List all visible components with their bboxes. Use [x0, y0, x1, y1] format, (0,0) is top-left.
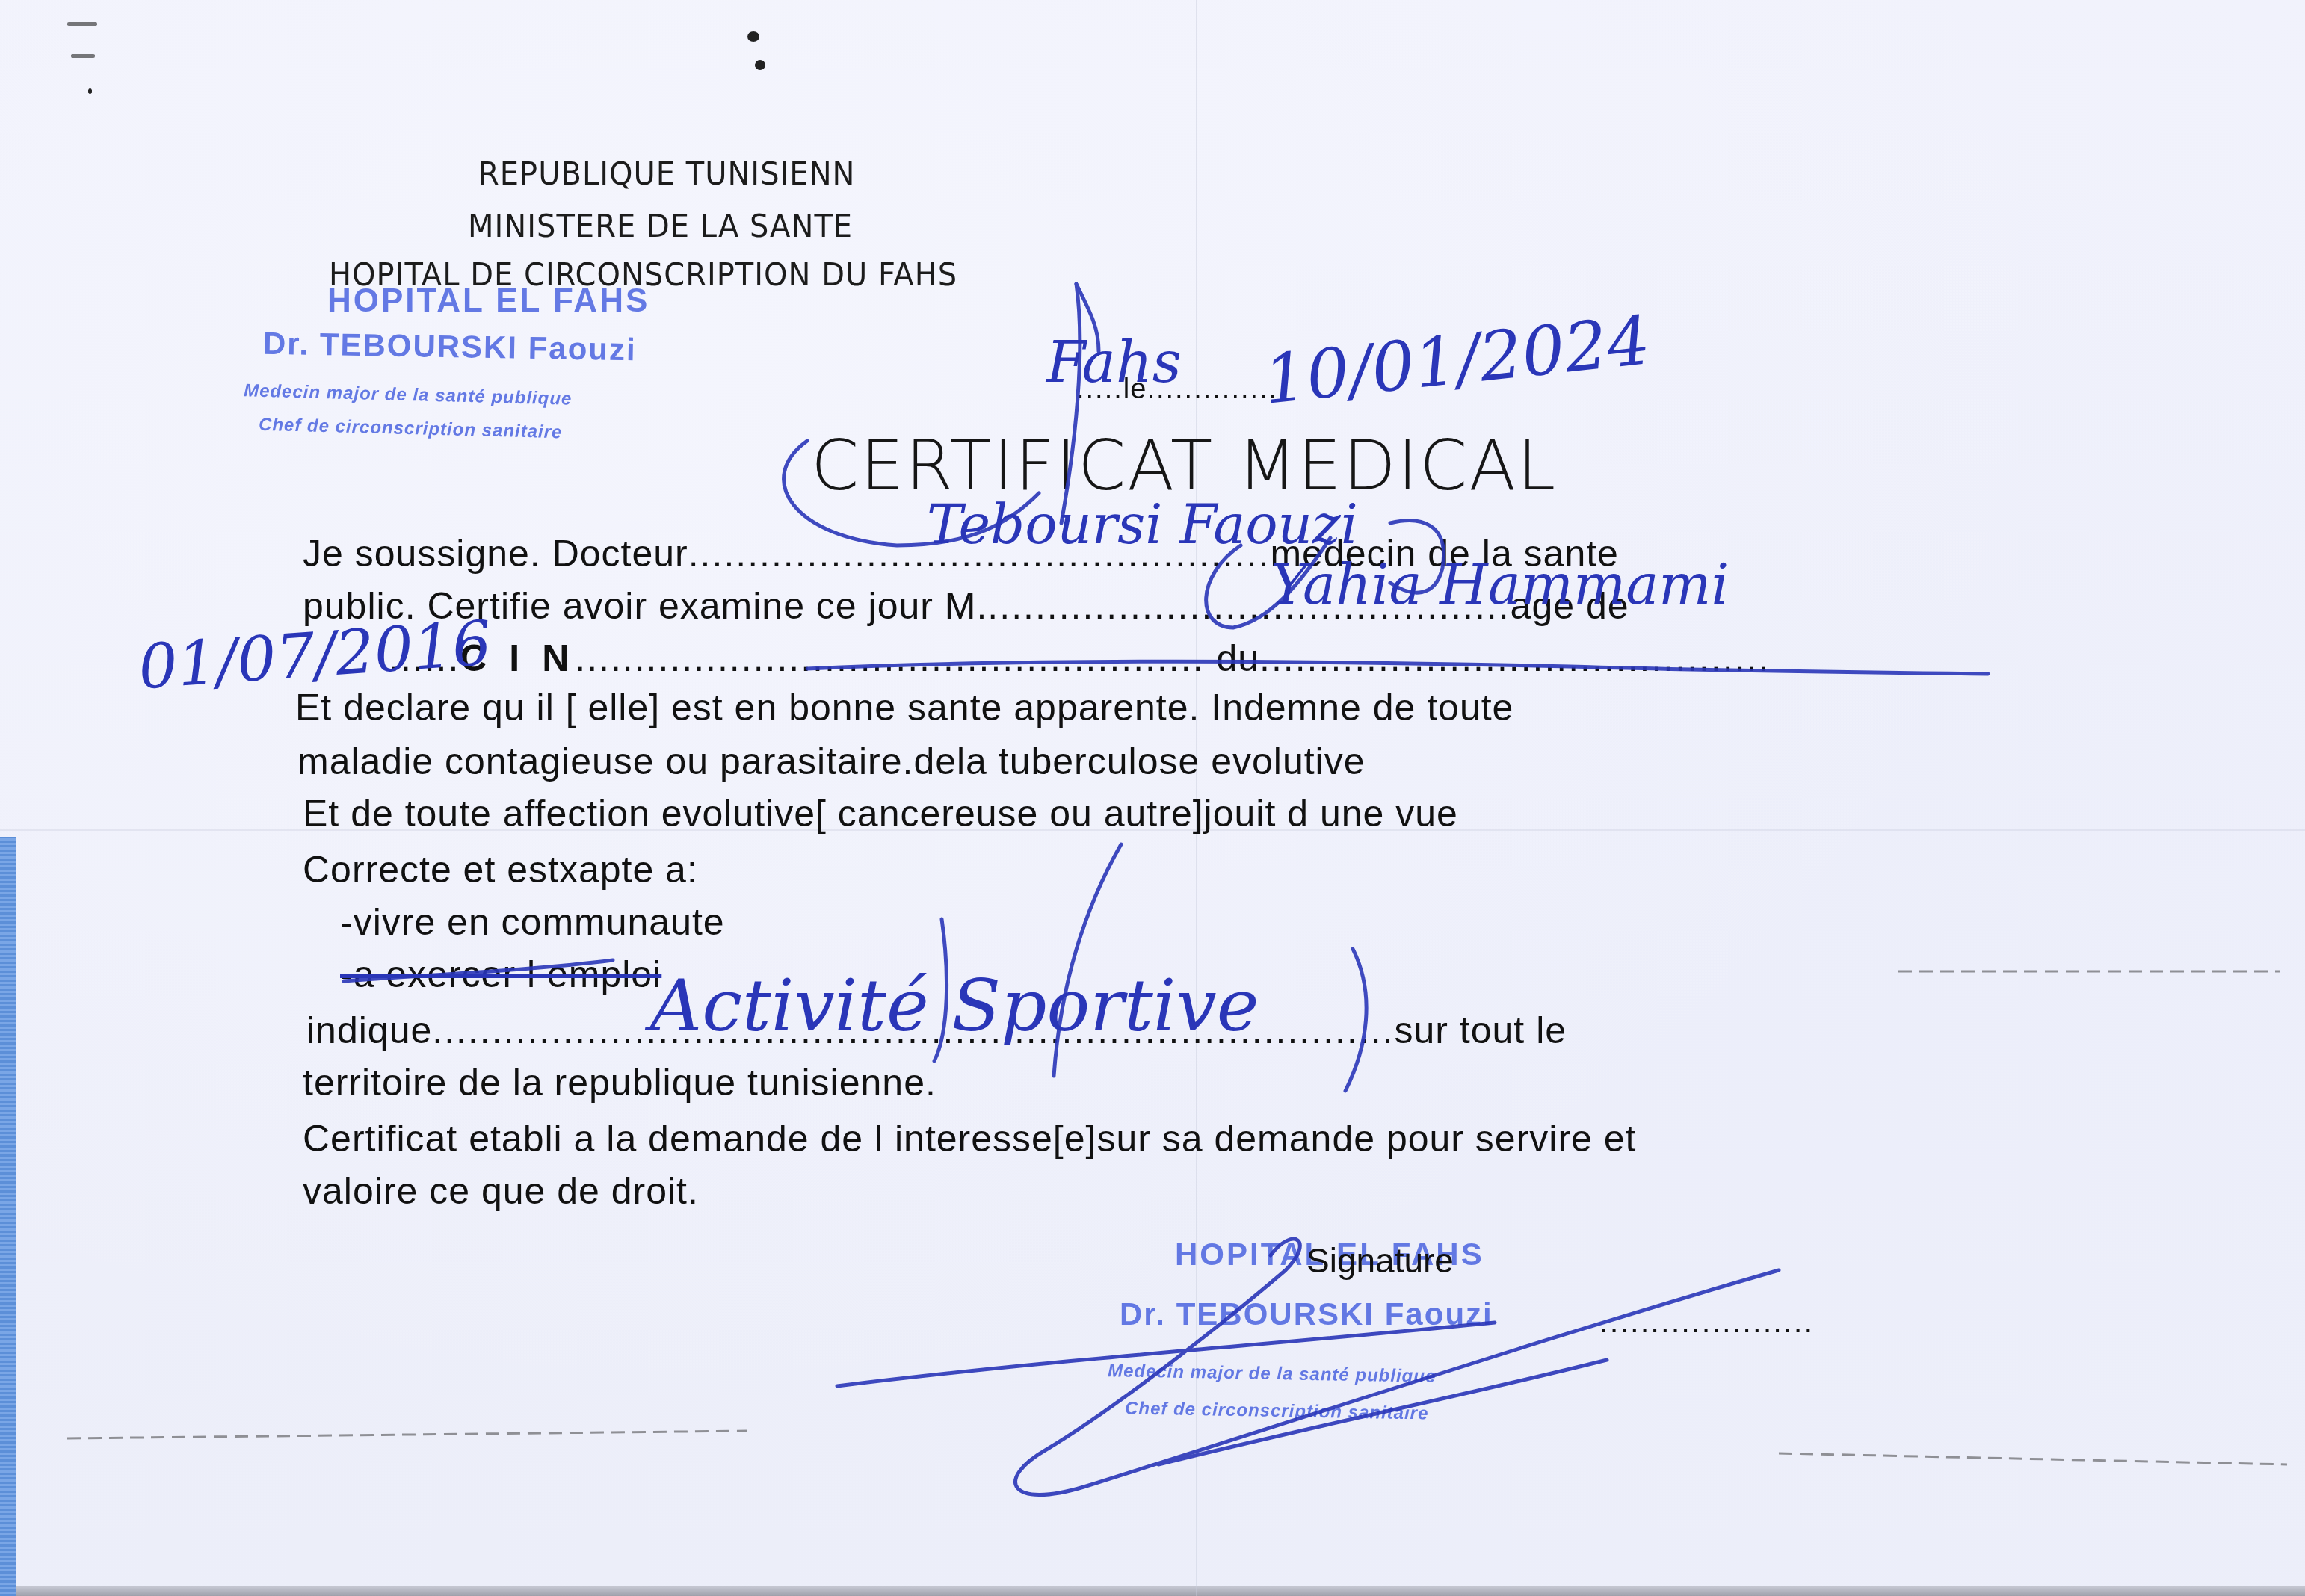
stamp-doctor: Dr. TEBOURSKI Faouzi	[263, 326, 637, 368]
corner-mark	[747, 31, 759, 42]
corner-mark	[88, 88, 92, 94]
patient-name-handwritten: Yahia Hammami	[1271, 553, 1729, 617]
body-line: territoire de la republique tunisienne.	[303, 1061, 936, 1104]
body-line: Correcte et estxapte a:	[303, 848, 698, 891]
doctor-name-handwritten: Teboursi Faouzi	[927, 493, 1358, 556]
paper-bottom-edge	[16, 1586, 2305, 1596]
corner-mark	[755, 60, 765, 70]
body-line: Et declare qu il [ elle] est en bonne sa…	[295, 686, 1513, 729]
place-handwritten: Fahs	[1046, 329, 1182, 395]
body-line-cin: ......C I N.............................…	[389, 637, 1770, 680]
activity-handwritten: Activité Sportive	[650, 964, 1259, 1048]
body-line: valoire ce que de droit.	[303, 1169, 699, 1213]
corner-mark	[71, 54, 95, 58]
header-ministry: MINISTERE DE LA SANTE	[468, 208, 853, 244]
body-line: Et de toute affection evolutive[ cancere…	[303, 792, 1458, 835]
signature-dots: .....................	[1599, 1304, 1814, 1340]
header-republic: REPUBLIQUE TUNISIENN	[478, 156, 855, 192]
body-line: maladie contagieuse ou parasitaire.dela …	[297, 740, 1366, 783]
body-line-option: -vivre en communaute	[340, 900, 725, 944]
body-line: Certificat etabli a la demande de l inte…	[303, 1117, 1636, 1160]
body-line-option-struck: -a exercer l emploi	[340, 953, 661, 996]
signature-label: Signature	[1306, 1240, 1454, 1281]
stamp-doctor-bottom: Dr. TEBOURSKI Faouzi	[1120, 1296, 1493, 1332]
background-edge	[0, 837, 16, 1596]
stamp-hospital: HOPITAL EL FAHS	[327, 282, 649, 320]
corner-mark	[67, 22, 97, 26]
